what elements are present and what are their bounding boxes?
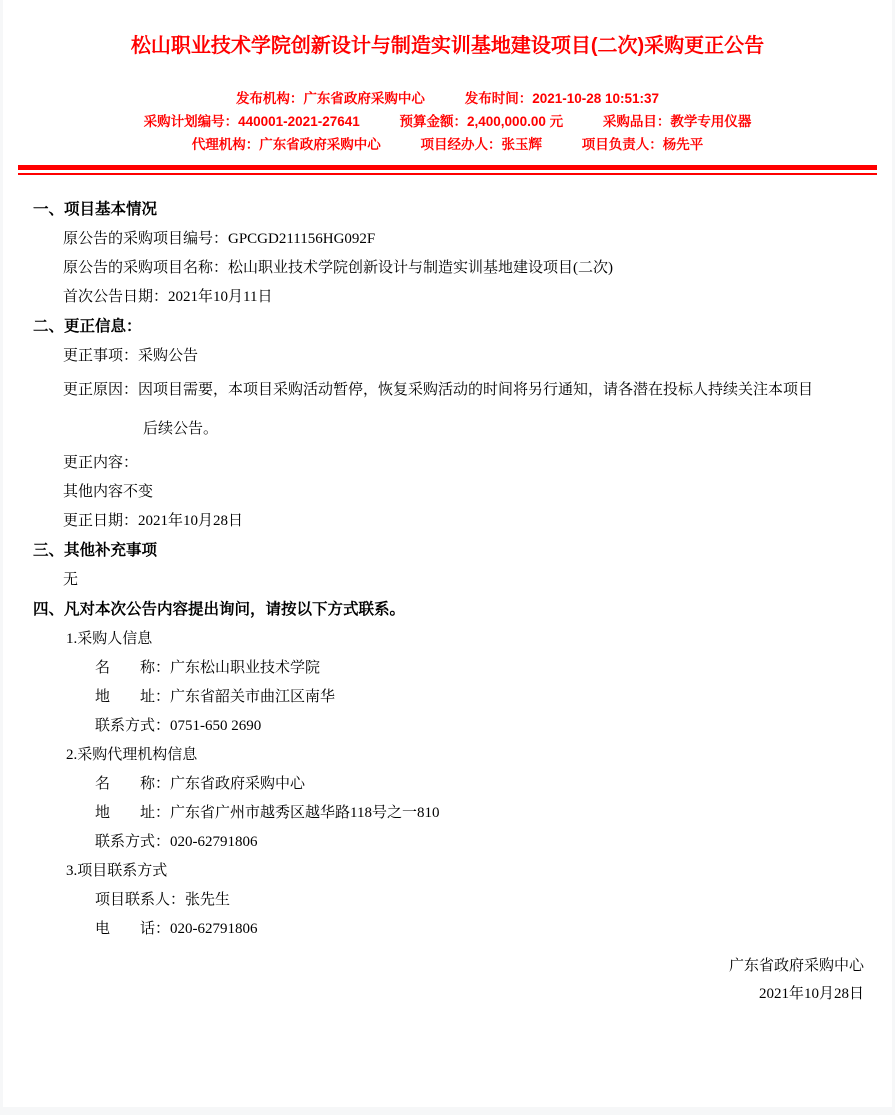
budget-label: 预算金额： [400,114,468,129]
meta-row-2: 采购计划编号：440001-2021-27641 预算金额：2,400,000.… [3,111,892,133]
correction-content-value: 其他内容不变 [3,478,892,507]
project-contact-value: 张先生 [185,892,230,908]
agency-name-row: 名 称：广东省政府采购中心 [3,770,892,799]
document-body: 一、项目基本情况 原公告的采购项目编号：GPCGD211156HG092F 原公… [3,195,892,1008]
correction-reason-line1: 更正原因：因项目需要，本项目采购活动暂停，恢复采购活动的时间将另行通知，请各潜在… [3,371,892,410]
section-heading-basic: 一、项目基本情况 [3,195,892,225]
publish-time-value: 2021-10-28 10:51:37 [532,91,659,106]
agency-phone-label: 联系方式： [95,834,170,850]
project-manager: 项目负责人：杨先平 [582,134,704,156]
project-handler-label: 项目经办人： [421,137,502,152]
section-heading-contact: 四、凡对本次公告内容提出询问，请按以下方式联系。 [3,595,892,625]
agency-phone-row: 联系方式：020-62791806 [3,828,892,857]
project-manager-value: 杨先平 [663,137,704,152]
agency-address-value: 广东省广州市越秀区越华路118号之一810 [170,805,439,821]
page-title: 松山职业技术学院创新设计与制造实训基地建设项目(二次)采购更正公告 [3,34,892,58]
signature-date: 2021年10月28日 [3,980,864,1008]
project-handler: 项目经办人：张玉辉 [421,134,543,156]
original-project-number: 原公告的采购项目编号：GPCGD211156HG092F [3,225,892,254]
red-rule-thin [18,173,877,175]
first-announce-date: 首次公告日期：2021年10月11日 [3,283,892,312]
agency-address-label: 地 址： [95,805,170,821]
project-manager-label: 项目负责人： [582,137,663,152]
publish-org-value: 广东省政府采购中心 [303,91,425,106]
procurement-category-value: 教学专用仪器 [670,114,751,129]
plan-number-label: 采购计划编号： [144,114,239,129]
correction-date: 更正日期：2021年10月28日 [3,507,892,536]
contact-group-title-agency: 2.采购代理机构信息 [3,741,892,770]
buyer-phone-label: 联系方式： [95,718,170,734]
meta-block: 发布机构：广东省政府采购中心 发布时间：2021-10-28 10:51:37 … [3,88,892,156]
agency-name-label: 名 称： [95,776,170,792]
correction-reason-line2: 后续公告。 [3,410,892,449]
contact-group-title-buyer: 1.采购人信息 [3,625,892,654]
procurement-category: 采购品目：教学专用仪器 [603,111,752,133]
buyer-address-value: 广东省韶关市曲江区南华 [170,689,335,705]
publish-time: 发布时间：2021-10-28 10:51:37 [465,88,659,110]
plan-number-value: 440001-2021-27641 [238,114,360,129]
section-heading-supplement: 三、其他补充事项 [3,536,892,566]
agency-phone-value: 020-62791806 [170,834,258,850]
project-phone-label: 电 话： [95,921,170,937]
project-phone-value: 020-62791806 [170,921,258,937]
contact-group-title-project: 3.项目联系方式 [3,857,892,886]
supplement-value: 无 [3,566,892,595]
procurement-category-label: 采购品目： [603,114,671,129]
budget-value: 2,400,000.00 元 [467,114,563,129]
meta-row-3: 代理机构：广东省政府采购中心 项目经办人：张玉辉 项目负责人：杨先平 [3,134,892,156]
publish-time-label: 发布时间： [465,91,533,106]
buyer-name-value: 广东松山职业技术学院 [170,660,320,676]
project-contact-label: 项目联系人： [95,892,185,908]
buyer-address-label: 地 址： [95,689,170,705]
page: 松山职业技术学院创新设计与制造实训基地建设项目(二次)采购更正公告 发布机构：广… [3,0,892,1107]
project-handler-value: 张玉辉 [502,137,543,152]
project-contact-row: 项目联系人：张先生 [3,886,892,915]
correction-item: 更正事项：采购公告 [3,342,892,371]
publish-org: 发布机构：广东省政府采购中心 [236,88,425,110]
buyer-phone-value: 0751-650 2690 [170,718,261,734]
agency-address-row: 地 址：广东省广州市越秀区越华路118号之一810 [3,799,892,828]
buyer-name-row: 名 称：广东松山职业技术学院 [3,654,892,683]
section-heading-correction: 二、更正信息： [3,312,892,342]
plan-number: 采购计划编号：440001-2021-27641 [144,111,360,133]
agency: 代理机构：广东省政府采购中心 [192,134,381,156]
original-project-name: 原公告的采购项目名称：松山职业技术学院创新设计与制造实训基地建设项目(二次) [3,254,892,283]
meta-row-1: 发布机构：广东省政府采购中心 发布时间：2021-10-28 10:51:37 [3,88,892,110]
agency-label: 代理机构： [192,137,260,152]
buyer-phone-row: 联系方式：0751-650 2690 [3,712,892,741]
signature-block: 广东省政府采购中心 2021年10月28日 [3,952,892,1008]
publish-org-label: 发布机构： [236,91,304,106]
budget: 预算金额：2,400,000.00 元 [400,111,564,133]
signature-org: 广东省政府采购中心 [3,952,864,980]
agency-value: 广东省政府采购中心 [259,137,381,152]
red-rule-thick [18,165,877,170]
buyer-name-label: 名 称： [95,660,170,676]
agency-name-value: 广东省政府采购中心 [170,776,305,792]
project-phone-row: 电 话：020-62791806 [3,915,892,944]
correction-content-label: 更正内容： [3,449,892,478]
buyer-address-row: 地 址：广东省韶关市曲江区南华 [3,683,892,712]
